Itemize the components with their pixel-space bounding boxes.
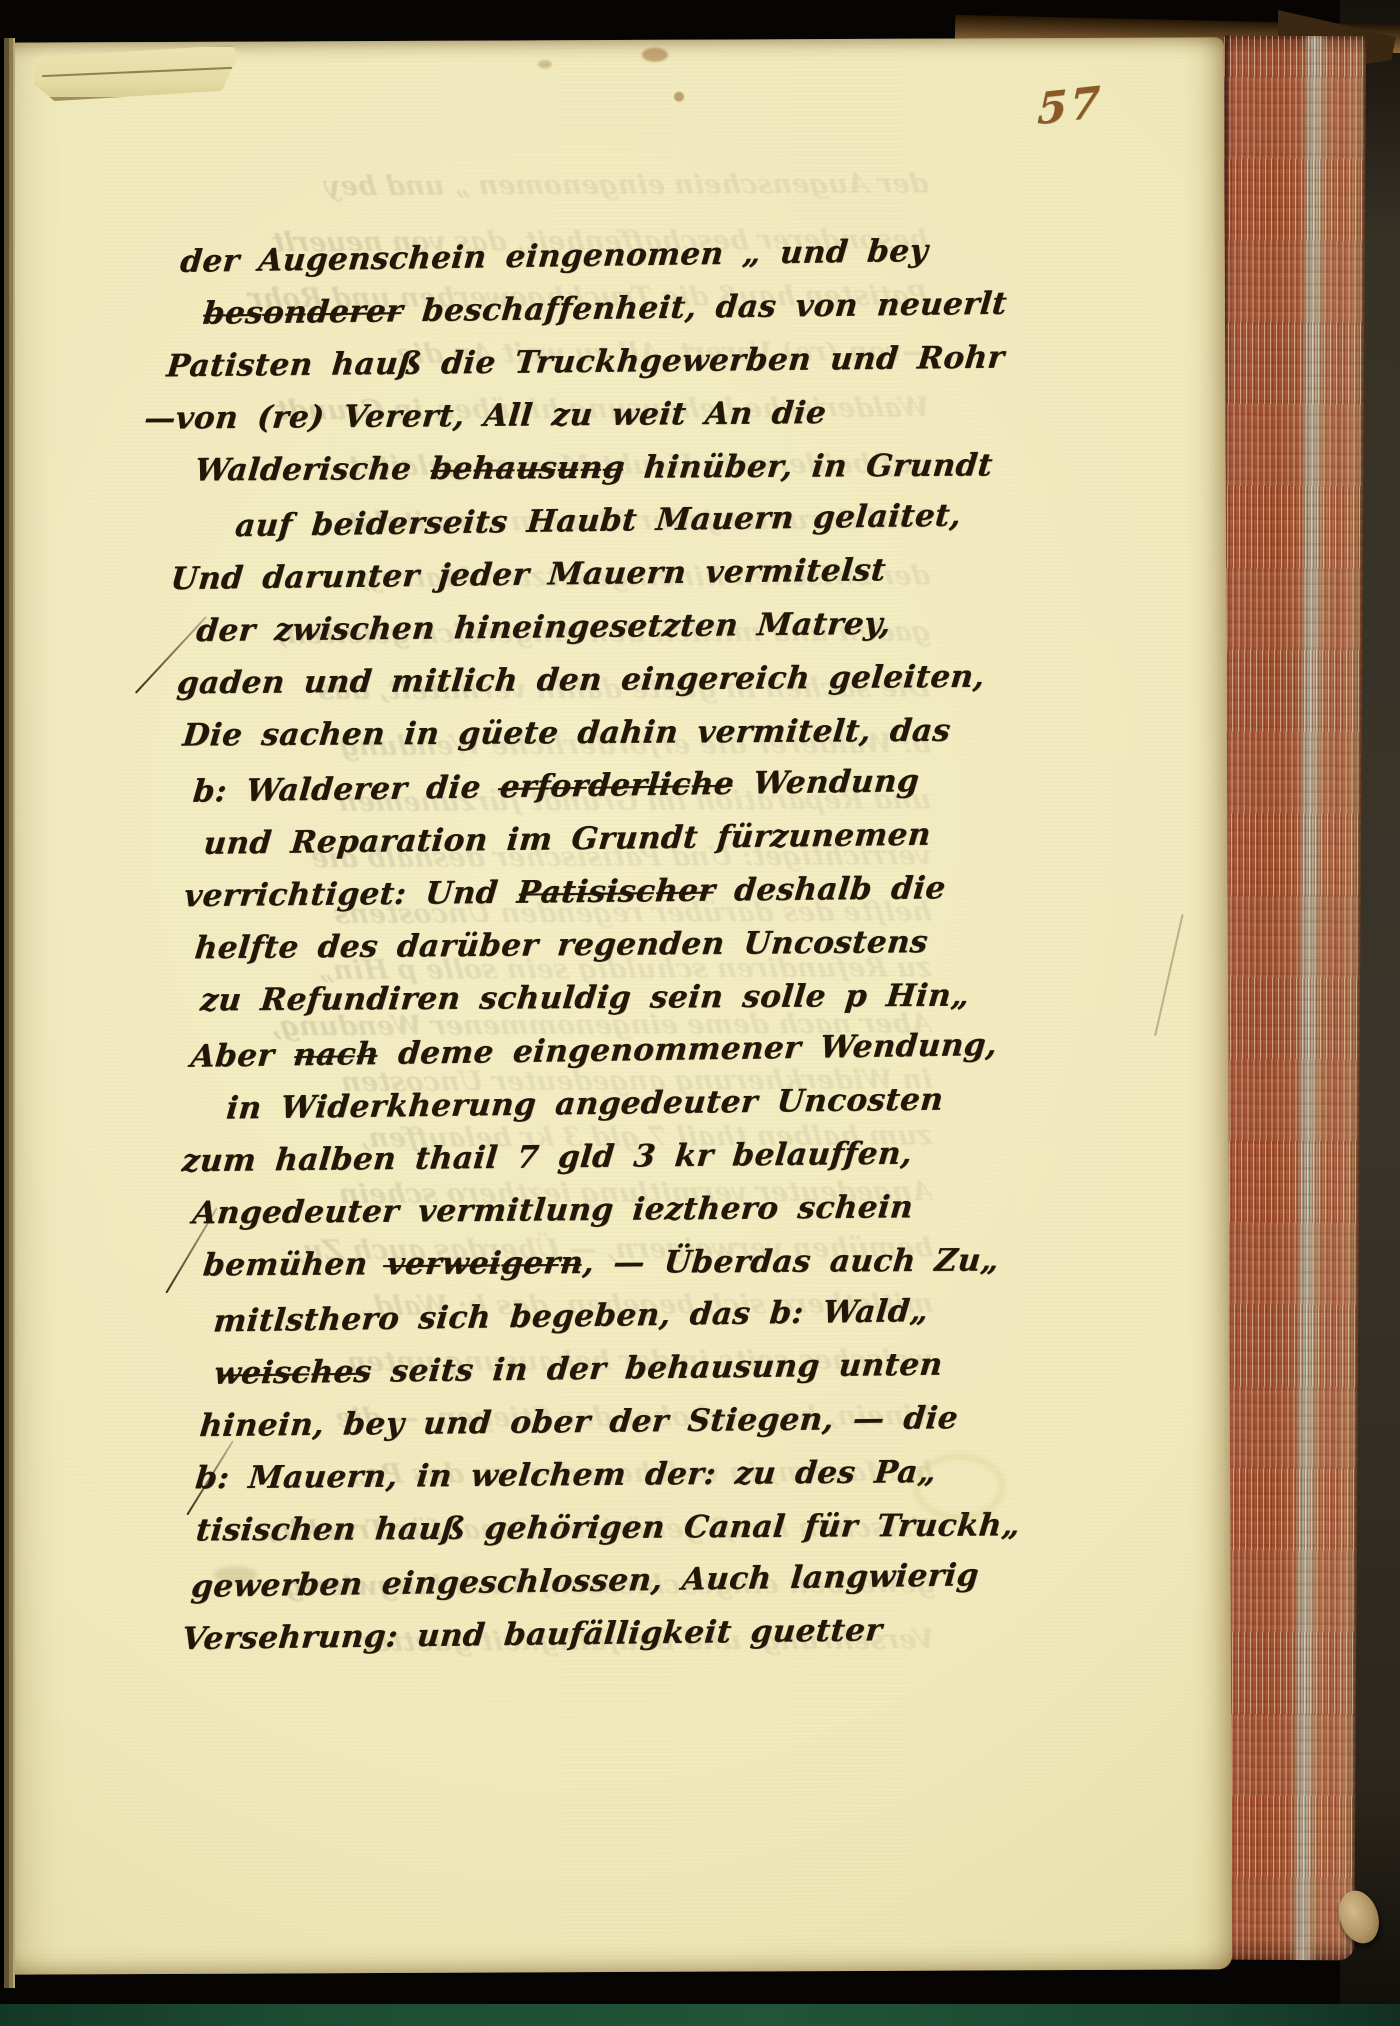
text-line: zu Refundiren schuldig sein solle p Hin„ bbox=[198, 970, 973, 1028]
fore-edge-grey-band bbox=[1292, 36, 1326, 1960]
manuscript-photo: der Augenschein eingenomen „ und beybeso… bbox=[0, 0, 1400, 2026]
text-line: der zwischen hineingesetzten Matrey, bbox=[194, 597, 969, 658]
text-line: bemühen v̶e̶r̶w̶e̶i̶g̶e̶r̶n̶, — Überdas … bbox=[201, 1235, 976, 1293]
text-line: helfte des darüber regenden Uncostens bbox=[192, 916, 972, 976]
text-line: —von (re) Verert, All zu weit An die bbox=[142, 386, 967, 446]
text-block: der Augenschein eingenomen „ und beyb̶e̶… bbox=[142, 226, 977, 1666]
text-line: Walderische b̶e̶h̶a̶u̶s̶u̶n̶g̶ hinüber, … bbox=[192, 440, 967, 498]
text-line: Versehrung: und baufälligkeit guetter bbox=[179, 1603, 979, 1666]
bleedthrough-line: der Augenschein eingenomen „ und bey bbox=[25, 157, 931, 217]
text-line: Und darunter jeder Mauern vermitelst bbox=[168, 543, 968, 606]
text-line: hinein, bey und ober der Stiegen, — die bbox=[197, 1392, 977, 1453]
tab-fold-line bbox=[42, 67, 232, 77]
stain bbox=[642, 48, 668, 62]
text-line: b: Mauern, in welchem der: zu des Pa„ bbox=[193, 1446, 978, 1506]
manuscript-page: der Augenschein eingenomen „ und beybeso… bbox=[2, 37, 1232, 1974]
text-line: Patisten hauß die Truckhgewerben und Roh… bbox=[164, 332, 966, 393]
text-line: w̶e̶i̶s̶c̶h̶e̶s̶ seits in der behausung … bbox=[212, 1338, 977, 1401]
text-line: b̶e̶s̶o̶n̶d̶e̶r̶e̶r̶ beschaffenheit, das… bbox=[201, 278, 966, 341]
stain bbox=[674, 92, 684, 102]
book-fore-edge-pages bbox=[1212, 36, 1366, 1961]
table-surface-strip bbox=[0, 2004, 1400, 2026]
text-line: gaden und mitlich den eingereich geleite… bbox=[174, 651, 969, 711]
binding-gutter-edge bbox=[0, 38, 15, 1988]
page-number: 57 bbox=[1037, 75, 1128, 135]
text-line: verrichtiget: Und P̶a̶t̶i̶s̶i̶s̶c̶h̶e̶r̶… bbox=[182, 862, 972, 923]
paper-scratch bbox=[1154, 914, 1184, 1036]
stain bbox=[538, 60, 552, 68]
text-line: in Widerkherung angedeuter Uncosten bbox=[224, 1073, 974, 1135]
text-line: zum halben thail 7 gld 3 kr belauffen, bbox=[179, 1127, 974, 1188]
text-line: tisischen hauß gehörigen Canal für Truck… bbox=[193, 1500, 978, 1558]
text-line: und Reparation im Grundt fürzunemen bbox=[201, 808, 971, 871]
text-line: Angedeuter vermitlung iezthero schein bbox=[190, 1181, 975, 1241]
text-line: Die sachen in güete dahin vermitelt, das bbox=[180, 705, 970, 763]
